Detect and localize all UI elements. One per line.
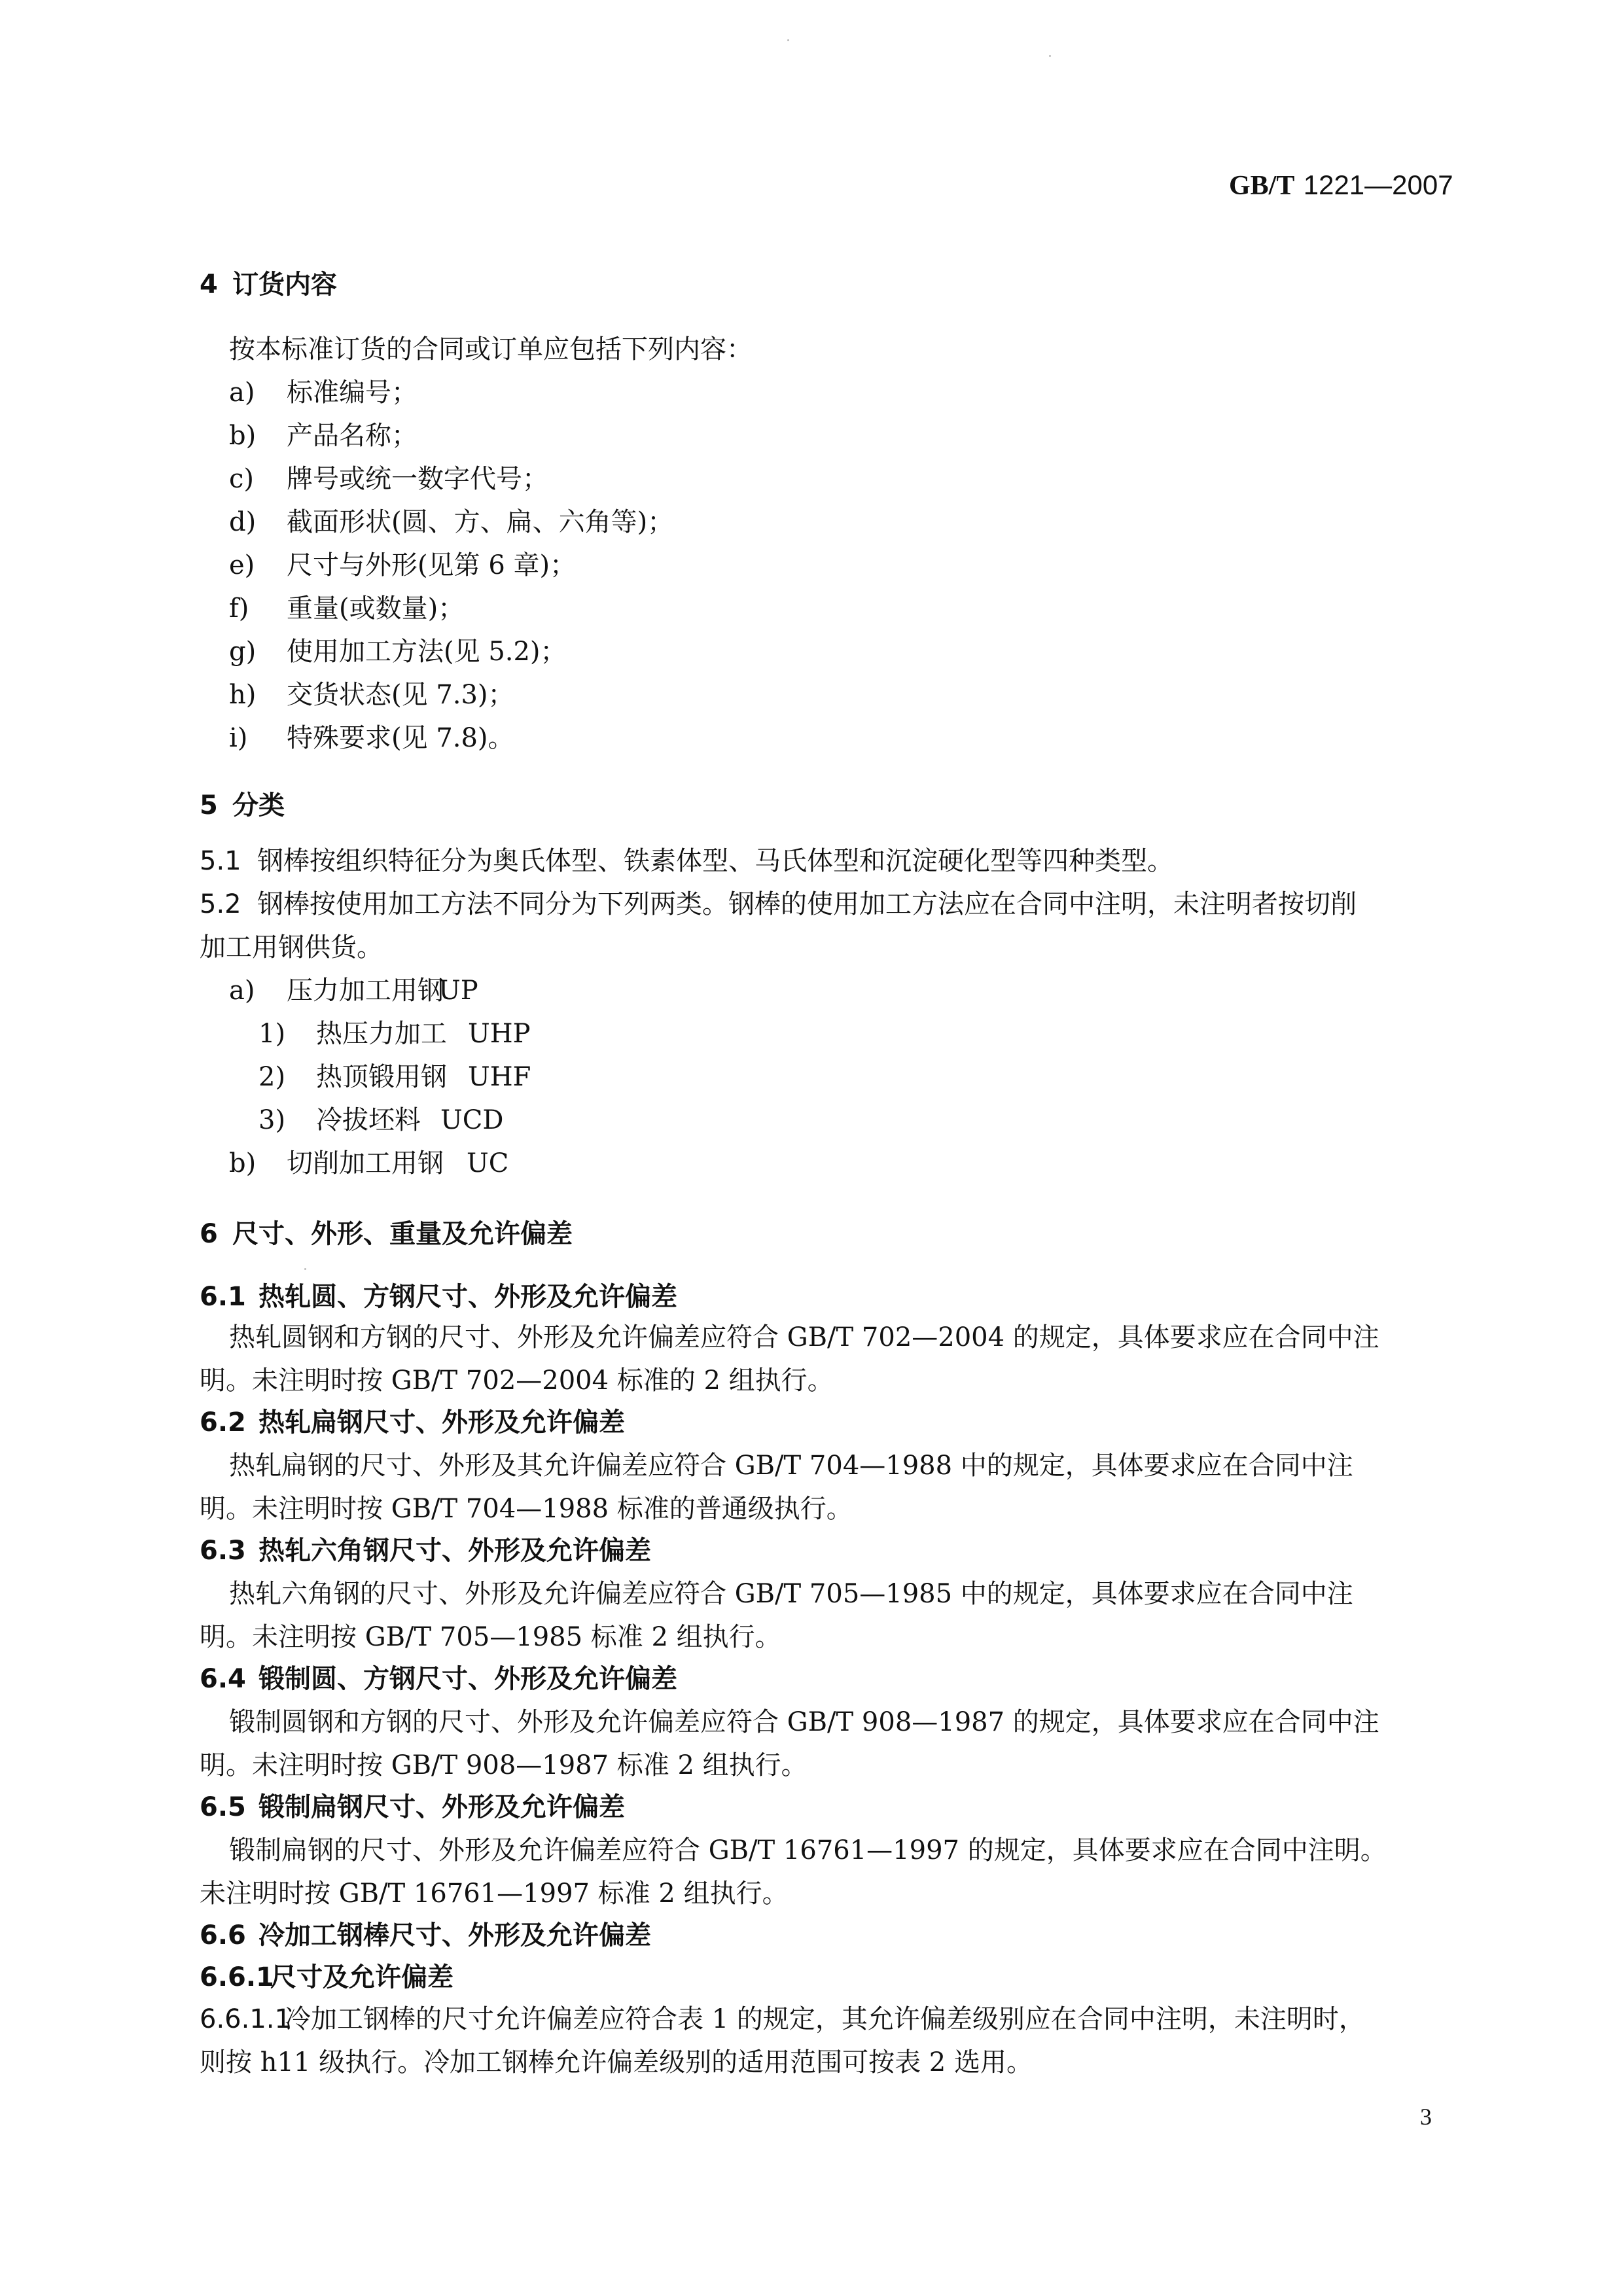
clause-5-2-continued: 加工用钢供货。 [200, 932, 383, 963]
list-item: i)特殊要求(见 7.8)。 [229, 722, 514, 754]
list-item: f)重量(或数量)； [229, 593, 464, 624]
section-heading-6: 6尺寸、外形、重量及允许偏差 [200, 1218, 573, 1250]
clause-6-4-text-cont: 明。未注明时按 GB/T 908—1987 标准 2 组执行。 [200, 1750, 808, 1781]
list-item: b)切削加工用钢UC [229, 1148, 508, 1179]
clause-6-1-text-cont: 明。未注明时按 GB/T 702—2004 标准的 2 组执行。 [200, 1365, 834, 1396]
clause-6-3-text: 热轧六角钢的尺寸、外形及允许偏差应符合 GB/T 705—1985 中的规定，具… [229, 1578, 1353, 1610]
section-4-intro: 按本标准订货的合同或订单应包括下列内容： [229, 334, 753, 365]
list-item: g)使用加工方法(见 5.2)； [229, 636, 567, 667]
clause-heading-6-5: 6.5锻制扁钢尺寸、外形及允许偏差 [200, 1792, 625, 1823]
scan-speck [1049, 55, 1051, 57]
clause-heading-6-2: 6.2热轧扁钢尺寸、外形及允许偏差 [200, 1407, 625, 1438]
clause-6-6-1-1-cont: 则按 h11 级执行。冷加工钢棒允许偏差级别的适用范围可按表 2 选用。 [200, 2047, 1033, 2078]
clause-6-3-text-cont: 明。未注明按 GB/T 705—1985 标准 2 组执行。 [200, 1621, 781, 1653]
clause-heading-6-4: 6.4锻制圆、方钢尺寸、外形及允许偏差 [200, 1663, 677, 1695]
clause-6-4-text: 锻制圆钢和方钢的尺寸、外形及允许偏差应符合 GB/T 908—1987 的规定，… [229, 1706, 1379, 1738]
clause-6-5-text: 锻制扁钢的尺寸、外形及允许偏差应符合 GB/T 16761—1997 的规定，具… [229, 1835, 1387, 1866]
clause-heading-6-6-1: 6.6.1尺寸及允许偏差 [200, 1962, 453, 1993]
list-item: a)压力加工用钢UP [229, 975, 478, 1006]
list-item: 3)冷拔坯料UCD [258, 1104, 503, 1136]
list-item: 1)热压力加工UHP [258, 1018, 531, 1050]
section-heading-5: 5分类 [200, 790, 285, 821]
list-item: a)标准编号； [229, 377, 418, 408]
clause-6-2-text: 热轧扁钢的尺寸、外形及其允许偏差应符合 GB/T 704—1988 中的规定，具… [229, 1450, 1353, 1481]
standard-code-header: GB/T 1221—2007 [1229, 169, 1453, 202]
standard-number: 1221—2007 [1304, 169, 1453, 200]
clause-heading-6-1: 6.1热轧圆、方钢尺寸、外形及允许偏差 [200, 1281, 677, 1313]
list-item: b)产品名称； [229, 420, 418, 451]
clause-5-2: 5.2钢棒按使用加工方法不同分为下列两类。钢棒的使用加工方法应在合同中注明，未注… [200, 889, 1357, 920]
list-item: d)截面形状(圆、方、扁、六角等)； [229, 506, 673, 538]
page-number: 3 [1420, 2104, 1432, 2130]
list-item: 2)热顶锻用钢UHF [258, 1061, 531, 1093]
clause-6-1-text: 热轧圆钢和方钢的尺寸、外形及允许偏差应符合 GB/T 702—2004 的规定，… [229, 1322, 1379, 1353]
clause-6-2-text-cont: 明。未注明时按 GB/T 704—1988 标准的普通级执行。 [200, 1493, 853, 1525]
standard-prefix: GB/T [1229, 171, 1294, 201]
section-heading-4: 4订货内容 [200, 269, 337, 300]
scan-speck [787, 39, 789, 41]
list-item: e)尺寸与外形(见第 6 章)； [229, 550, 576, 581]
list-item: c)牌号或统一数字代号； [229, 463, 548, 495]
clause-heading-6-3: 6.3热轧六角钢尺寸、外形及允许偏差 [200, 1535, 651, 1566]
clause-5-1: 5.1钢棒按组织特征分为奥氏体型、铁素体型、马氏体型和沉淀硬化型等四种类型。 [200, 845, 1173, 877]
clause-heading-6-6: 6.6冷加工钢棒尺寸、外形及允许偏差 [200, 1920, 651, 1951]
clause-6-6-1-1: 6.6.1.1冷加工钢棒的尺寸允许偏差应符合表 1 的规定，其允许偏差级别应在合… [200, 2004, 1365, 2035]
list-item: h)交货状态(见 7.3)； [229, 679, 514, 711]
scan-speck [304, 1268, 306, 1270]
clause-6-5-text-cont: 未注明时按 GB/T 16761—1997 标准 2 组执行。 [200, 1878, 789, 1909]
